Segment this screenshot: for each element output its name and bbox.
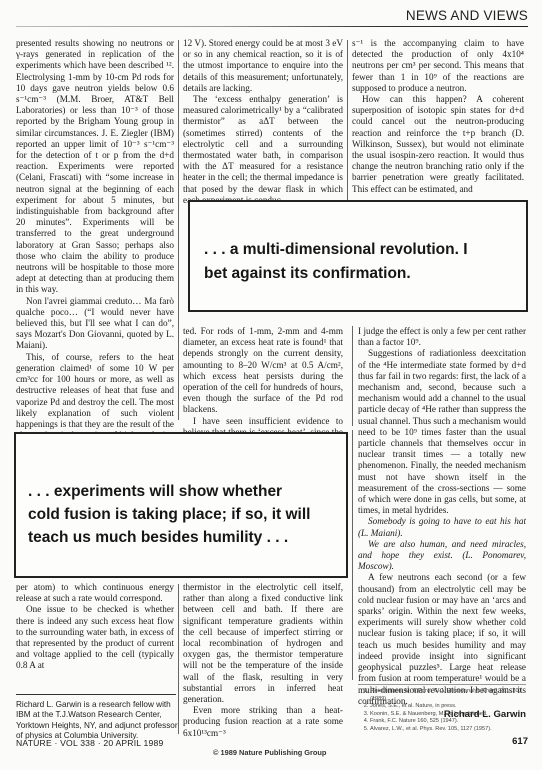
italic-quote: We are also human, and need miracles, an…: [358, 539, 526, 571]
pull-quote-line: . . . experiments will show whether: [28, 480, 346, 503]
bio-rule: [16, 694, 176, 695]
page-number: 617: [512, 736, 528, 747]
paragraph: One issue to be checked is whether there…: [16, 604, 174, 671]
column-1-bottom: per atom) to which continuous energy rel…: [16, 582, 174, 672]
pull-quote-2: . . . experiments will show whether cold…: [14, 432, 348, 578]
journal-citation: NATURE · VOL 338 · 20 APRIL 1989: [16, 738, 163, 748]
reference-item: Fleischmann, M. & Pons, S. J. Electroana…: [370, 688, 528, 703]
paragraph: 12 V). Stored energy could be at most 3 …: [183, 38, 343, 94]
column-1-top: presented results showing no neutrons or…: [16, 38, 174, 497]
paragraph: Even more striking than a heat-producing…: [183, 705, 343, 739]
paragraph: s⁻¹ is the accompanying claim to have de…: [352, 38, 524, 94]
reference-item: Jones, S.E., et al. Nature, in press.: [370, 703, 528, 711]
quote-maiani: Somebody is going to have to eat his hat…: [358, 516, 526, 538]
references-rule: [358, 684, 526, 685]
quote-ponomarev: We are also human, and need miracles, an…: [358, 539, 526, 573]
column-divider: [178, 40, 179, 420]
column-2-middle: ted. For rods of 1-mm, 2-mm and 4-mm dia…: [183, 326, 343, 449]
paragraph-italic-quote: Non l'avrei giammai creduto… Ma farò qua…: [16, 296, 174, 352]
paragraph: per atom) to which continuous energy rel…: [16, 582, 174, 604]
pull-quote-1: . . . a multi-dimensional revolution. I …: [188, 200, 528, 312]
reference-item: Alvarez, L.W., et al. Phys. Rev. 105, 11…: [370, 726, 528, 734]
column-divider: [178, 584, 179, 734]
paragraph: How can this happen? A coherent superpos…: [352, 94, 524, 195]
paragraph: presented results showing no neutrons or…: [16, 38, 174, 296]
pull-quote-line: bet against its confirmation.: [204, 262, 526, 286]
paragraph: thermistor in the electrolytic cell itse…: [183, 582, 343, 705]
header-rule: [16, 26, 528, 27]
reference-item: Koonin, S.E. & Nauenberg, M., to be publ…: [370, 711, 528, 719]
column-3-top: s⁻¹ is the accompanying claim to have de…: [352, 38, 524, 195]
reference-item: Frank, F.C. Nature 160, 525 (1947).: [370, 718, 528, 726]
paragraph: ted. For rods of 1-mm, 2-mm and 4-mm dia…: [183, 326, 343, 416]
paragraph: The ‘excess enthalpy generation’ is meas…: [183, 94, 343, 206]
section-header: NEWS AND VIEWS: [406, 8, 528, 23]
column-3-bottom: I judge the effect is only a few per cen…: [358, 326, 526, 720]
italic-quote: Somebody is going to have to eat his hat…: [358, 516, 526, 537]
pull-quote-line: teach us much besides humility . . .: [28, 526, 346, 549]
paragraph: A few neutrons each second (or a few tho…: [358, 572, 526, 706]
copyright: © 1989 Nature Publishing Group: [213, 748, 326, 757]
column-divider: [352, 326, 353, 426]
column-2-bottom: thermistor in the electrolytic cell itse…: [183, 582, 343, 739]
column-divider: [352, 430, 353, 680]
pull-quote-line: cold fusion is taking place; if so, it w…: [28, 503, 346, 526]
paragraph: I judge the effect is only a few per cen…: [358, 326, 526, 348]
author-bio: Richard L. Garwin is a research fellow w…: [16, 700, 178, 742]
column-2-top: 12 V). Stored energy could be at most 3 …: [183, 38, 343, 206]
references-list: Fleischmann, M. & Pons, S. J. Electroana…: [360, 688, 528, 733]
pull-quote-line: . . . a multi-dimensional revolution. I: [204, 238, 526, 262]
paragraph: Suggestions of radiationless deexcitatio…: [358, 348, 526, 516]
column-divider: [347, 40, 348, 200]
